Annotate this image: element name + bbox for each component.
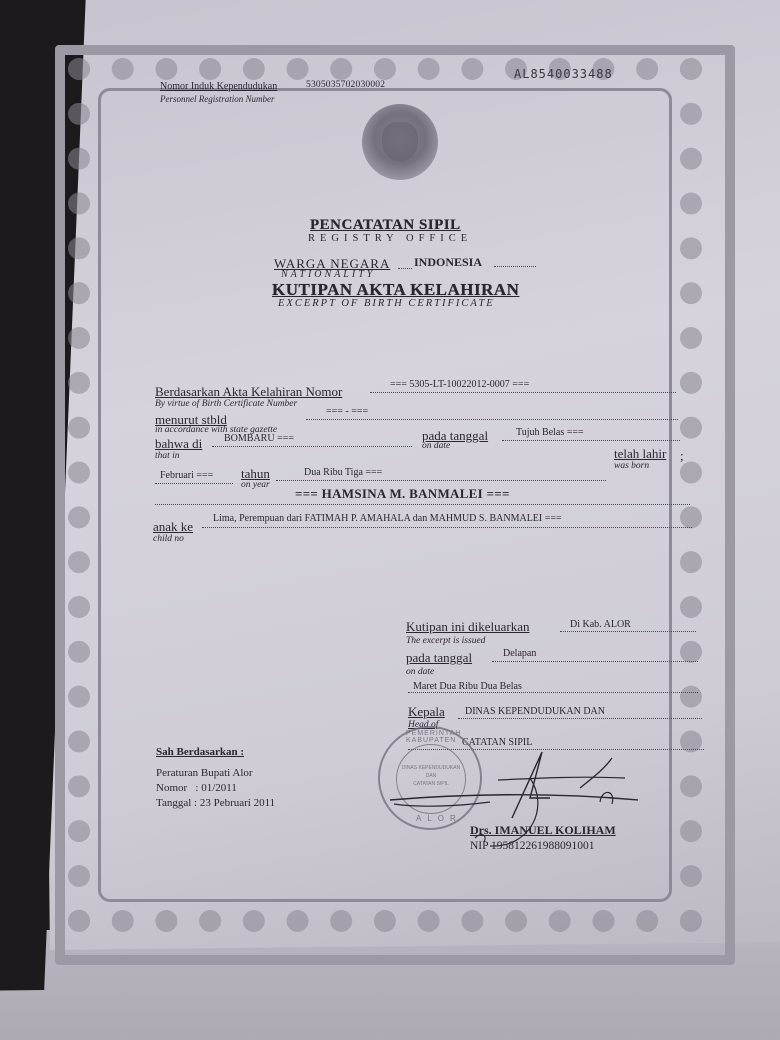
born-label: telah lahir: [614, 446, 666, 462]
certificate-number-label: Berdasarkan Akta Kelahiran Nomor: [155, 384, 342, 400]
document-title: KUTIPAN AKTA KELAHIRAN: [272, 280, 519, 300]
serial-number: AL8540033488: [514, 67, 613, 81]
year-label-en: on year: [241, 480, 270, 490]
certificate-number-value: === 5305-LT-10022012-0007 ===: [390, 379, 529, 390]
office-title: PENCATATAN SIPIL: [310, 217, 461, 234]
issue-date-label-en: on date: [406, 667, 434, 677]
issued-value: Di Kab. ALOR: [570, 619, 631, 630]
place-label: bahwa di: [155, 436, 202, 452]
head-label: Kepala: [408, 704, 445, 720]
issued-label: Kutipan ini dikeluarkan: [406, 619, 529, 635]
document-title-en: EXCERPT OF BIRTH CERTIFICATE: [278, 298, 495, 309]
issue-date-value-1: Delapan: [503, 648, 536, 659]
born-label-en: was born: [614, 461, 649, 471]
issue-date-value-2: Maret Dua Ribu Dua Belas: [413, 681, 522, 692]
legal-basis-line-3: Tanggal : 23 Pebruari 2011: [156, 797, 275, 809]
nik-value: 5305035702030002: [306, 80, 385, 90]
place-label-en: that in: [155, 451, 180, 461]
issued-label-en: The excerpt is issued: [406, 636, 485, 646]
date-value: Tujuh Belas ===: [516, 427, 584, 438]
legal-basis-title: Sah Berdasarkan :: [156, 746, 244, 758]
signer-nip: NIP 195812261988091001: [470, 840, 594, 852]
date-label-en: on date: [422, 441, 450, 451]
nik-label-en: Personnel Registration Number: [160, 94, 275, 104]
legal-basis-line-1: Peraturan Bupati Alor: [156, 767, 253, 779]
child-number-label: anak ke: [153, 519, 193, 535]
month-value: Februari ===: [160, 470, 213, 481]
stbld-value: === - ===: [326, 406, 368, 417]
child-name-value: === HAMSINA M. BANMALEI ===: [295, 486, 510, 502]
head-value-1: DINAS KEPENDUDUKAN DAN: [465, 706, 605, 717]
birth-certificate: Nomor Induk Kependudukan Personnel Regis…: [0, 0, 780, 1040]
nik-label: Nomor Induk Kependudukan: [160, 81, 277, 92]
child-number-label-en: child no: [153, 534, 184, 544]
office-title-en: REGISTRY OFFICE: [308, 233, 472, 244]
garuda-emblem-icon: [362, 104, 438, 180]
certificate-number-label-en: By virtue of Birth Certificate Number: [155, 399, 297, 409]
legal-basis-line-2: Nomor : 01/2011: [156, 782, 237, 794]
born-punctuation: ;: [680, 448, 684, 464]
signer-name: Drs. IMANUEL KOLIHAM: [470, 823, 616, 838]
year-value: Dua Ribu Tiga ===: [304, 467, 382, 478]
nationality-label-en: NATIONALITY: [281, 269, 375, 280]
issue-date-label: pada tanggal: [406, 650, 472, 666]
child-number-value: Lima, Perempuan dari FATIMAH P. AMAHALA …: [213, 513, 562, 524]
nationality-value: INDONESIA: [414, 255, 482, 270]
place-value: BOMBARU ===: [224, 433, 294, 444]
